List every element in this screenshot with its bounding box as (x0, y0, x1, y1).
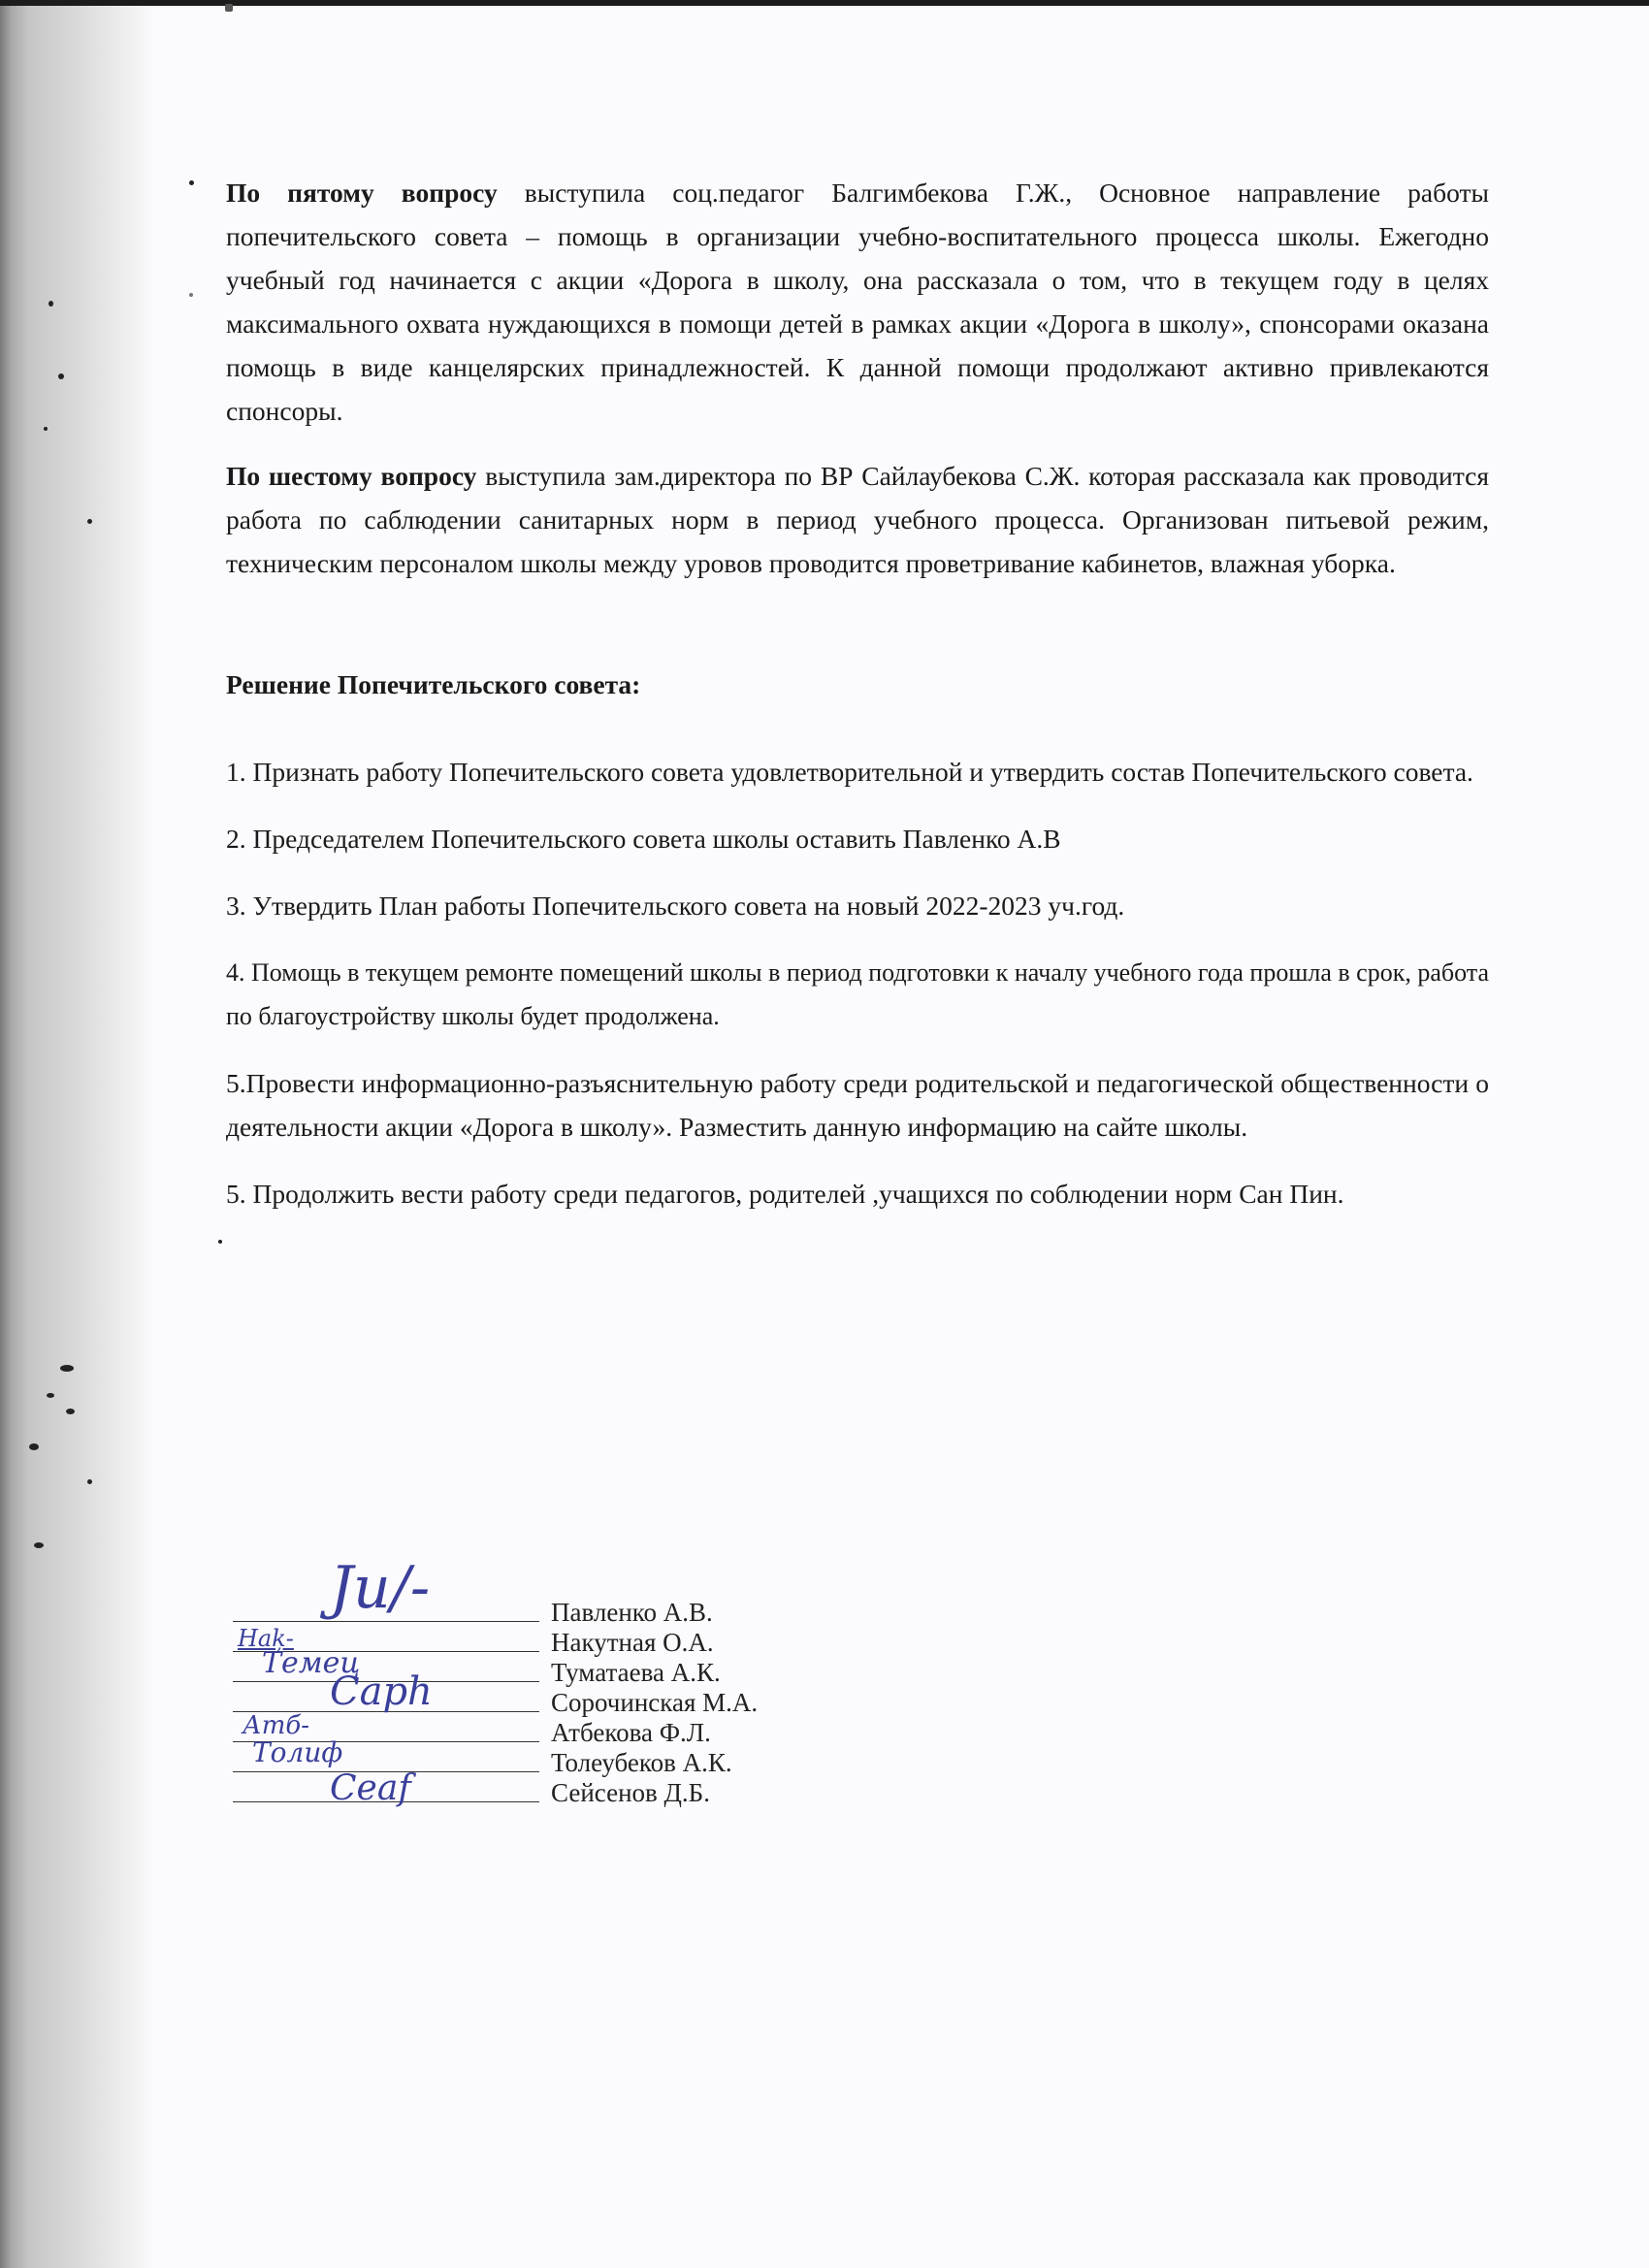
document-body: По пятому вопросу выступила соц.педагог … (226, 171, 1489, 1239)
paragraph-fifth-question: По пятому вопросу выступила соц.педагог … (226, 171, 1489, 433)
decision-item: 3. Утвердить План работы Попечительского… (226, 884, 1489, 927)
decision-item: 5. Продолжить вести работу среди педагог… (226, 1172, 1489, 1215)
signature-block: Ju/- Павленко А.В. Наķ- Накутная О.А. Те… (233, 1592, 1009, 1802)
scan-speck (60, 1365, 74, 1372)
decision-item: 4. Помощь в текущем ремонте помещений шк… (226, 951, 1489, 1038)
scan-artifact (225, 4, 233, 12)
scan-speck (87, 519, 92, 524)
scan-speck (189, 180, 194, 185)
decision-item: 5.Провести информационно-разъяснительную… (226, 1061, 1489, 1149)
scan-top-edge (0, 0, 1649, 6)
handwritten-signature: Сеаf (330, 1768, 411, 1808)
scan-speck (48, 301, 53, 307)
paragraph-lead: По пятому вопросу (226, 178, 498, 208)
scan-speck (29, 1443, 39, 1450)
scan-speck (34, 1542, 44, 1548)
scan-speck (66, 1409, 75, 1414)
scan-speck (87, 1479, 92, 1484)
signature-row: Сарh Сорочинская М.А. (233, 1682, 1009, 1712)
decision-item: 1. Признать работу Попечительского совет… (226, 750, 1489, 794)
scan-speck (218, 1240, 222, 1244)
scan-speck (189, 293, 193, 297)
signature-row: Сеаf Сейсенов Д.Б. (233, 1772, 1009, 1802)
scan-speck (47, 1393, 54, 1398)
signature-row: Атб- Атбекова Ф.Л. (233, 1712, 1009, 1742)
paragraph-text: выступила соц.педагог Балгимбекова Г.Ж.,… (226, 178, 1489, 426)
decision-item: 2. Председателем Попечительского совета … (226, 817, 1489, 860)
scan-margin-shadow (0, 6, 155, 2268)
scan-speck (58, 373, 64, 379)
signatory-name: Сейсенов Д.Б. (551, 1778, 710, 1808)
decision-heading: Решение Попечительского совета: (226, 663, 1489, 706)
handwritten-signature: Сарh (330, 1669, 433, 1714)
paragraph-sixth-question: По шестому вопросу выступила зам.директо… (226, 454, 1489, 585)
scan-speck (44, 427, 48, 431)
handwritten-signature: Толиф (252, 1736, 342, 1768)
handwritten-signature: Ju/- (330, 1554, 430, 1622)
signature-row: Ju/- Павленко А.В. (233, 1592, 1009, 1622)
paragraph-lead: По шестому вопросу (226, 461, 476, 491)
